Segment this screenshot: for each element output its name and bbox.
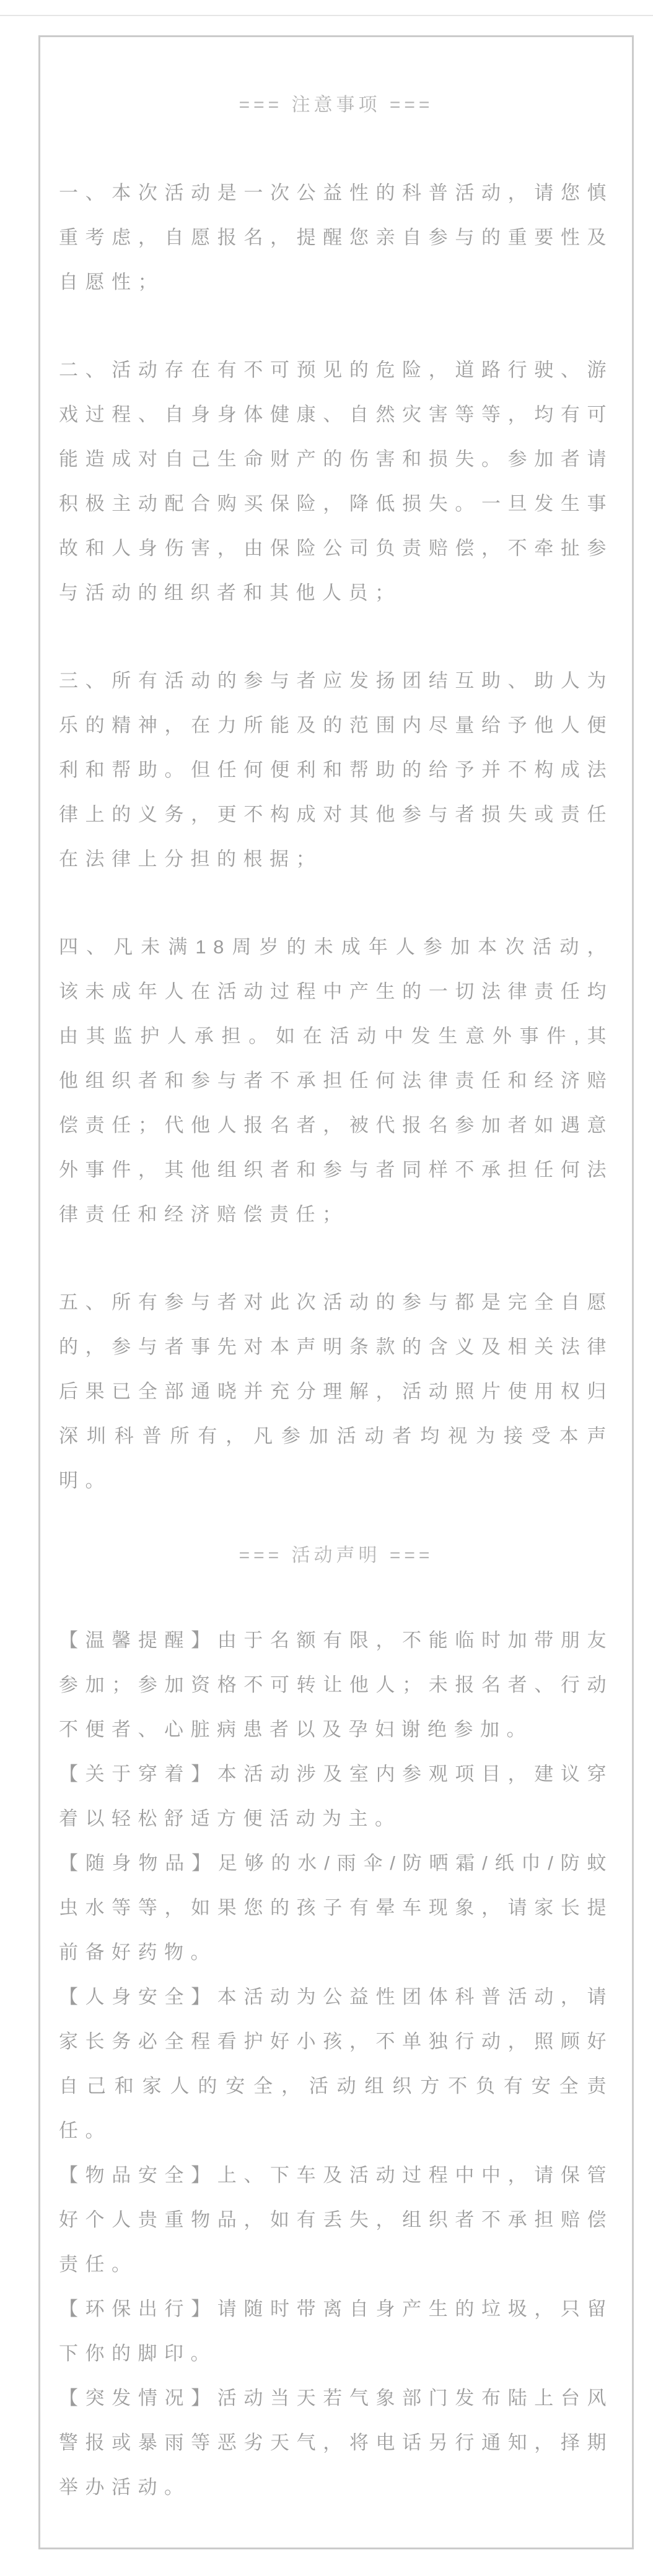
notice-paragraph-2: 二、活动存在有不可预见的危险，道路行驶、游戏过程、自身身体健康、自然灾害等等，均… [59, 348, 613, 615]
notice-section-title: === 注意事项 === [59, 83, 613, 128]
notice-card: === 注意事项 === 一、本次活动是一次公益性的科普活动，请您慎重考虑，自愿… [38, 35, 634, 2549]
notice-paragraph-5: 五、所有参与者对此次活动的参与都是完全自愿的，参与者事先对本声明条款的含义及相关… [59, 1280, 613, 1503]
top-divider [0, 15, 653, 16]
statement-item-emergency: 【突发情况】活动当天若气象部门发布陆上台风警报或暴雨等恶劣天气，将电话另行通知，… [59, 2376, 613, 2510]
statement-item-warm-reminder: 【温馨提醒】由于名额有限，不能临时加带朋友参加；参加资格不可转让他人；未报名者、… [59, 1618, 613, 1752]
statement-item-eco-travel: 【环保出行】请随时带离自身产生的垃圾，只留下你的脚印。 [59, 2287, 613, 2376]
statement-item-belongings: 【随身物品】足够的水/雨伞/防晒霜/纸巾/防蚊虫水等等，如果您的孩子有晕车现象，… [59, 1841, 613, 1975]
statement-item-personal-safety: 【人身安全】本活动为公益性团体科普活动，请家长务必全程看护好小孩，不单独行动，照… [59, 1975, 613, 2153]
statement-item-clothing: 【关于穿着】本活动涉及室内参观项目，建议穿着以轻松舒适方便活动为主。 [59, 1752, 613, 1841]
notice-paragraph-3: 三、所有活动的参与者应发扬团结互助、助人为乐的精神，在力所能及的范围内尽量给予他… [59, 659, 613, 882]
notice-paragraph-1: 一、本次活动是一次公益性的科普活动，请您慎重考虑，自愿报名，提醒您亲自参与的重要… [59, 171, 613, 305]
statement-list: 【温馨提醒】由于名额有限，不能临时加带朋友参加；参加资格不可转让他人；未报名者、… [59, 1618, 613, 2510]
notice-paragraph-4: 四、凡未满18周岁的未成年人参加本次活动，该未成年人在活动过程中产生的一切法律责… [59, 925, 613, 1237]
statement-item-property-safety: 【物品安全】上、下车及活动过程中中，请保管好个人贵重物品，如有丢失，组织者不承担… [59, 2153, 613, 2287]
statement-section-title: === 活动声明 === [59, 1533, 613, 1578]
